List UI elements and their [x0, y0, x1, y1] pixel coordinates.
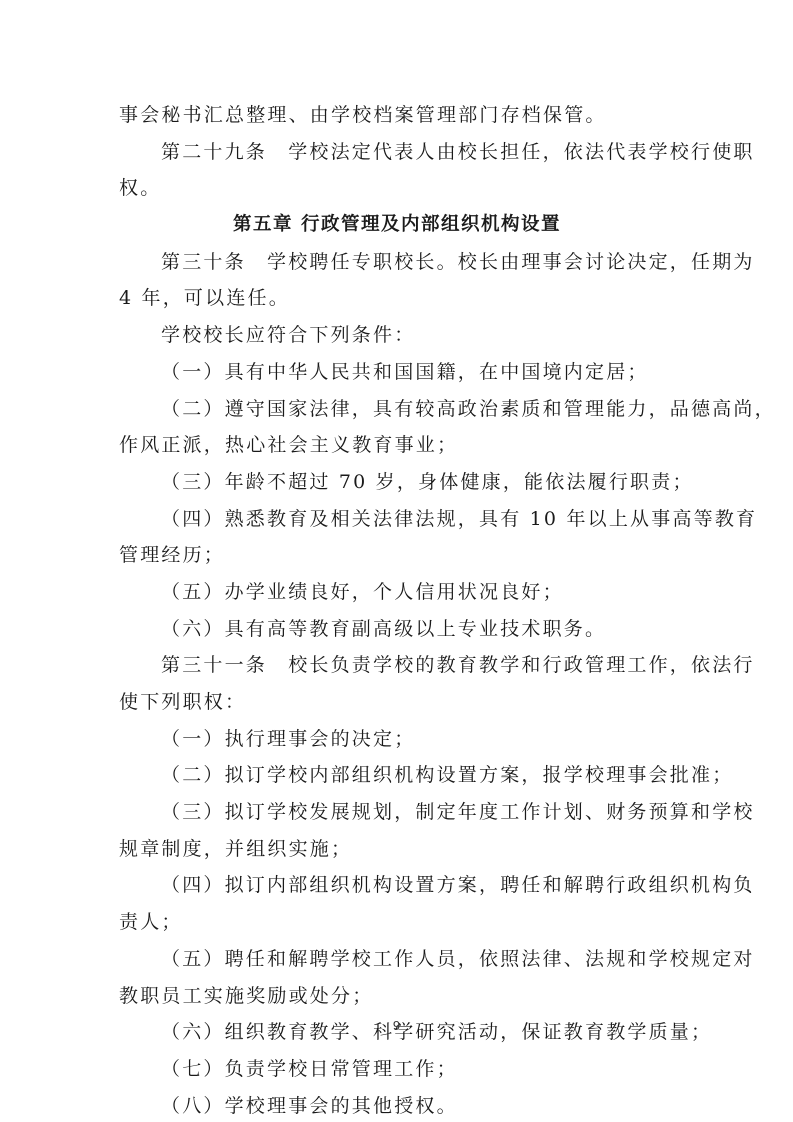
- list-item: （四）拟订内部组织机构设置方案，聘任和解聘行政组织机构负: [119, 867, 675, 904]
- list-item: （一）具有中华人民共和国国籍，在中国境内定居；: [119, 354, 675, 391]
- list-item: （一）执行理事会的决定；: [119, 721, 675, 758]
- list-item: （六）具有高等教育副高级以上专业技术职务。: [119, 611, 675, 648]
- text-line: 4 年，可以连任。: [119, 280, 675, 317]
- page-body: 事会秘书汇总整理、由学校档案管理部门存档保管。 第二十九条 学校法定代表人由校长…: [119, 97, 675, 1122]
- text-line: 学校校长应符合下列条件：: [119, 317, 675, 354]
- text-line: 规章制度，并组织实施；: [119, 831, 675, 868]
- page-number: 9: [0, 1018, 793, 1033]
- list-item: （五）办学业绩良好，个人信用状况良好；: [119, 574, 675, 611]
- text-line: 事会秘书汇总整理、由学校档案管理部门存档保管。: [119, 97, 675, 134]
- list-item: （四）熟悉教育及相关法律法规，具有 10 年以上从事高等教育: [119, 501, 675, 538]
- list-item: （八）学校理事会的其他授权。: [119, 1088, 675, 1122]
- list-item: （二）拟订学校内部组织机构设置方案，报学校理事会批准；: [119, 757, 675, 794]
- text-line: 责人；: [119, 904, 675, 941]
- list-item: （三）年龄不超过 70 岁，身体健康，能依法履行职责；: [119, 464, 675, 501]
- list-item: （七）负责学校日常管理工作；: [119, 1051, 675, 1088]
- list-item: （五）聘任和解聘学校工作人员，依照法律、法规和学校规定对: [119, 941, 675, 978]
- article-31: 第三十一条 校长负责学校的教育教学和行政管理工作，依法行: [119, 647, 675, 684]
- list-item: （三）拟订学校发展规划，制定年度工作计划、财务预算和学校: [119, 794, 675, 831]
- text-line: 教职员工实施奖励或处分；: [119, 978, 675, 1015]
- list-item: （二）遵守国家法律，具有较高政治素质和管理能力，品德高尚，: [119, 391, 675, 428]
- text-line: 作风正派，热心社会主义教育事业；: [119, 427, 675, 464]
- article-29: 第二十九条 学校法定代表人由校长担任，依法代表学校行使职: [119, 134, 675, 171]
- text-line: 权。: [119, 170, 675, 207]
- article-30: 第三十条 学校聘任专职校长。校长由理事会讨论决定，任期为: [119, 244, 675, 281]
- chapter-heading: 第五章 行政管理及内部组织机构设置: [119, 207, 675, 244]
- text-line: 管理经历；: [119, 537, 675, 574]
- document-page: 事会秘书汇总整理、由学校档案管理部门存档保管。 第二十九条 学校法定代表人由校长…: [0, 0, 793, 1122]
- text-line: 使下列职权：: [119, 684, 675, 721]
